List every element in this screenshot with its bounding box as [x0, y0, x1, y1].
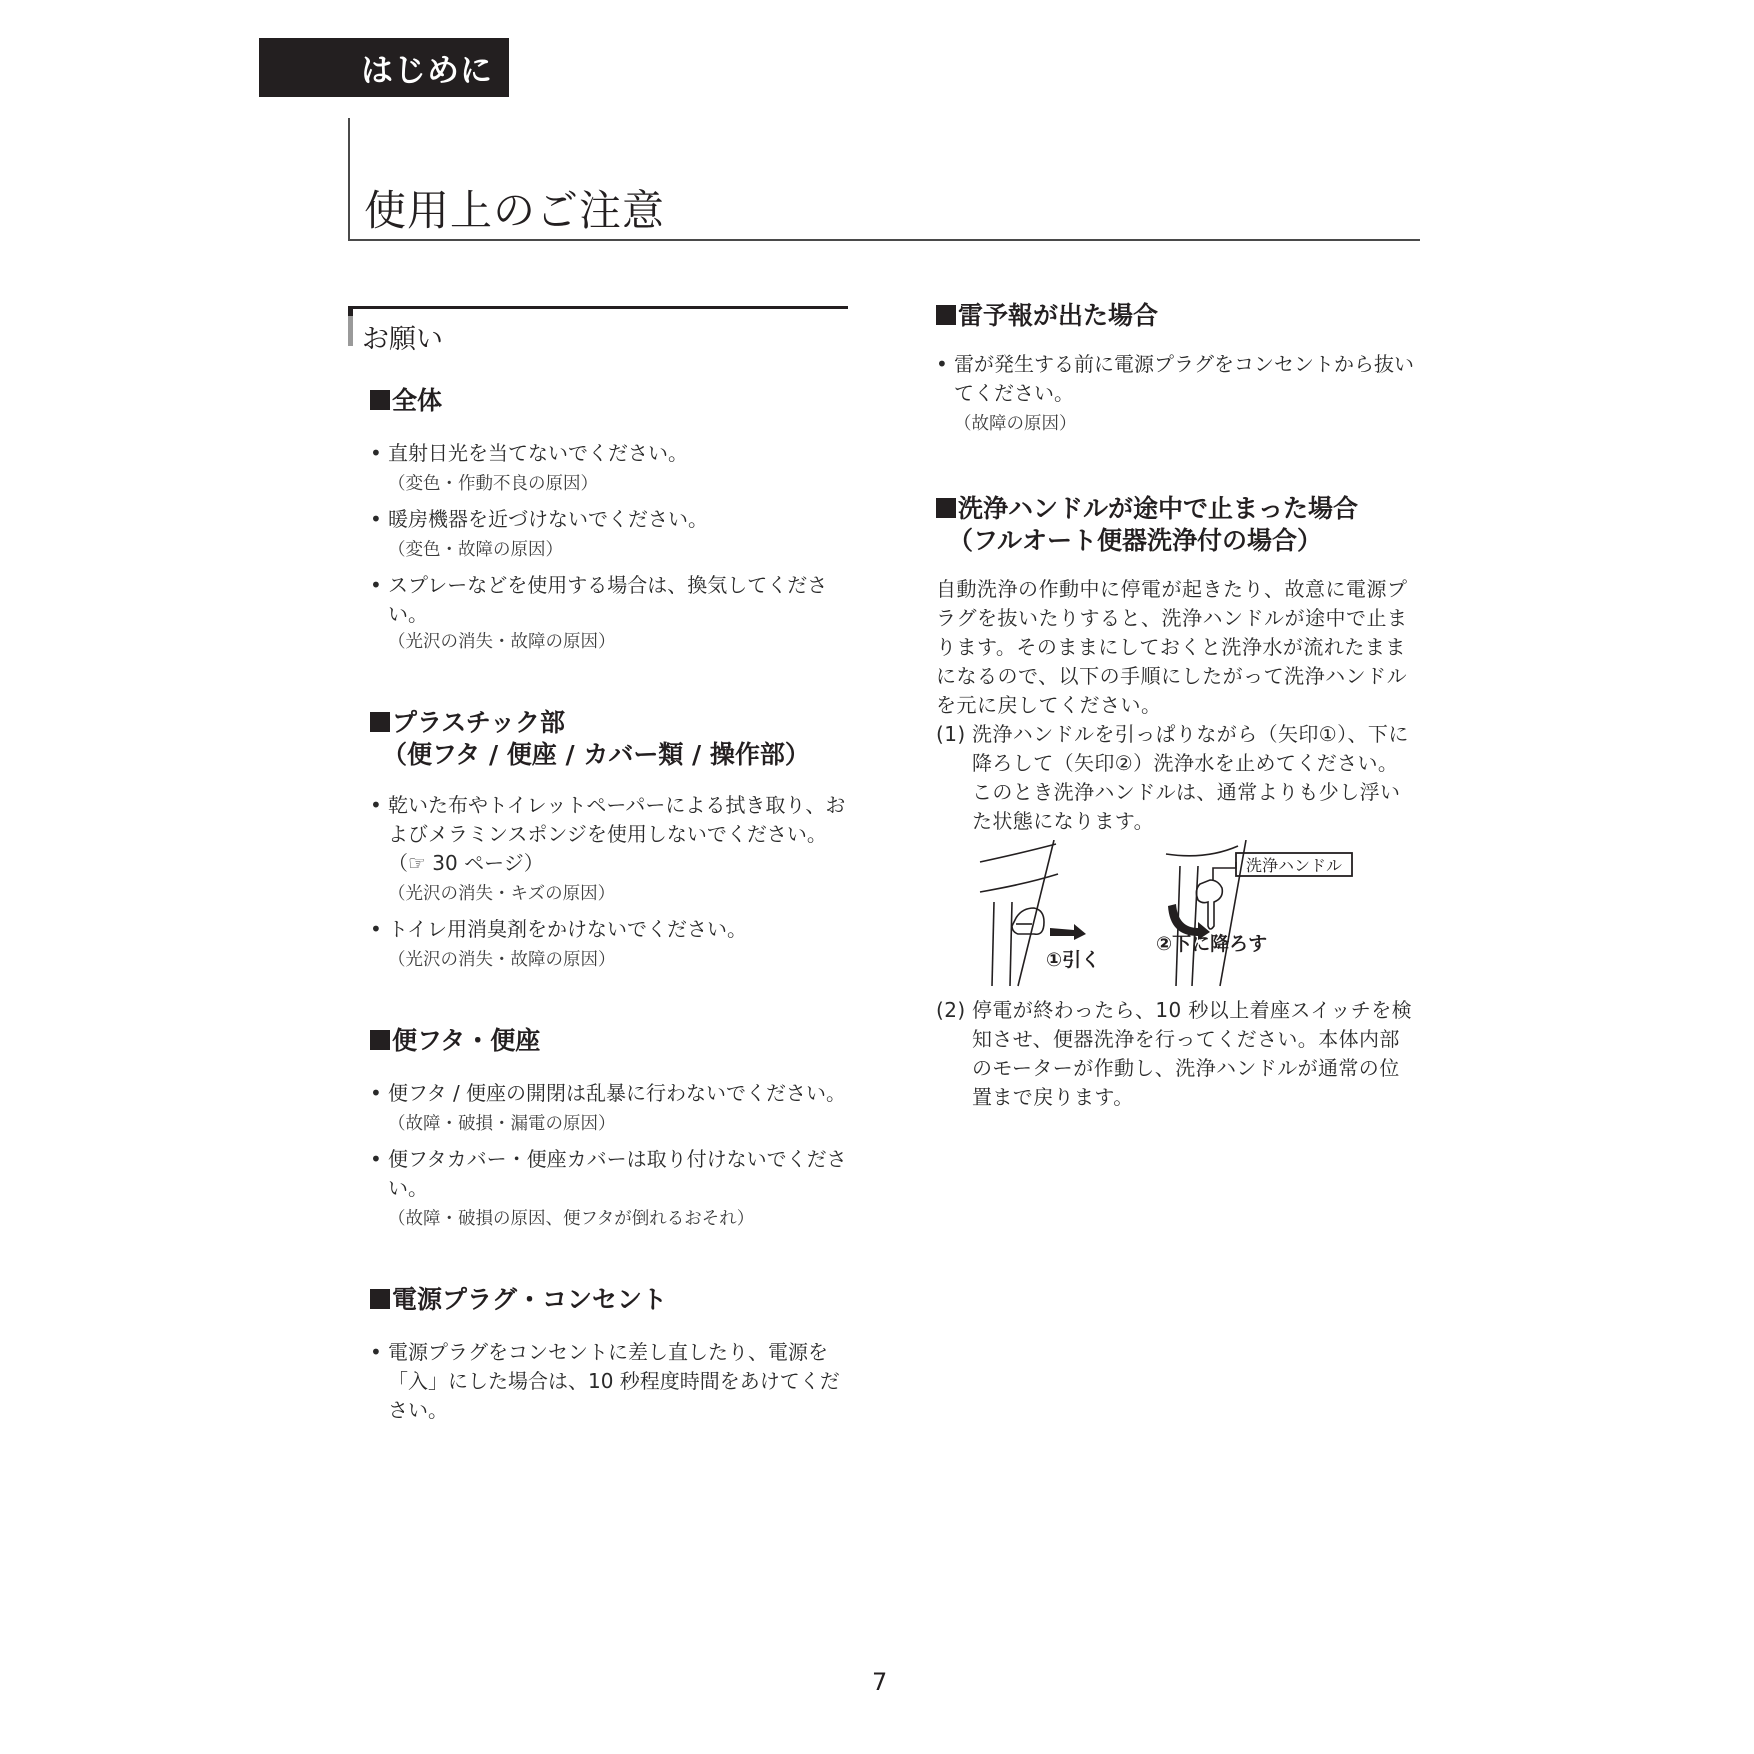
- section-general: 全体 直射日光を当てないでください。 （変色・作動不良の原因） 暖房機器を近づけ…: [370, 385, 848, 655]
- list-item: 電源プラグをコンセントに差し直したり、電源を「入」にした場合は、10 秒程度時間…: [370, 1338, 848, 1425]
- step-1: (1)洗浄ハンドルを引っぱりながら（矢印①）、下に降ろして（矢印②）洗浄水を止め…: [936, 720, 1418, 836]
- list-item: 暖房機器を近づけないでください。: [370, 505, 848, 534]
- pull-arrow-icon: [1050, 924, 1086, 940]
- left-column: お願い 全体 直射日光を当てないでください。 （変色・作動不良の原因） 暖房機器…: [348, 306, 848, 1425]
- list-item: 直射日光を当てないでください。: [370, 439, 848, 468]
- callout-label: 洗浄ハンドル: [1246, 856, 1342, 875]
- item-note: （光沢の消失・キズの原因）: [370, 881, 848, 907]
- intro-paragraph: 自動洗浄の作動中に停電が起きたり、故意に電源プラグを抜いたりすると、洗浄ハンドル…: [936, 575, 1418, 720]
- square-bullet-icon: [370, 712, 390, 732]
- item-note: （故障の原因）: [936, 411, 1418, 437]
- section-power-plug: 電源プラグ・コンセント 電源プラグをコンセントに差し直したり、電源を「入」にした…: [370, 1284, 848, 1425]
- section-title: 便フタ・便座: [370, 1025, 848, 1057]
- list-item: 便フタカバー・便座カバーは取り付けないでください。: [370, 1145, 848, 1203]
- toilet-tank-diagram: 洗浄ハンドル ①引く ②下に降ろす: [936, 840, 1418, 990]
- page-title: 使用上のご注意: [364, 178, 665, 238]
- square-bullet-icon: [936, 305, 956, 325]
- list-item: トイレ用消臭剤をかけないでください。: [370, 915, 848, 944]
- chapter-tab: はじめに: [259, 38, 509, 97]
- square-bullet-icon: [370, 390, 390, 410]
- item-note: （変色・作動不良の原因）: [370, 471, 848, 497]
- section-subtitle: （便フタ / 便座 / カバー類 / 操作部）: [370, 739, 848, 771]
- list-item: スプレーなどを使用する場合は、換気してください。: [370, 571, 848, 629]
- item-note: （故障・破損・漏電の原因）: [370, 1111, 848, 1137]
- section-title: プラスチック部 （便フタ / 便座 / カバー類 / 操作部）: [370, 707, 848, 771]
- list-item: 乾いた布やトイレットペーパーによる拭き取り、およびメラミンスポンジを使用しないで…: [370, 791, 848, 878]
- step-text: 停電が終わったら、10 秒以上着座スイッチを検知させ、便器洗浄を行ってください。…: [972, 998, 1412, 1109]
- square-bullet-icon: [370, 1289, 390, 1309]
- list-item: 雷が発生する前に電源プラグをコンセントから抜いてください。: [936, 350, 1418, 408]
- heading-label: お願い: [362, 324, 443, 355]
- step-text: 洗浄ハンドルを引っぱりながら（矢印①）、下に降ろして（矢印②）洗浄水を止めてくだ…: [972, 722, 1409, 833]
- item-note: （光沢の消失・故障の原因）: [370, 947, 848, 973]
- section-subtitle: （フルオート便器洗浄付の場合）: [936, 525, 1418, 557]
- section-title: 洗浄ハンドルが途中で止まった場合 （フルオート便器洗浄付の場合）: [936, 493, 1418, 557]
- square-bullet-icon: [936, 498, 956, 518]
- section-lid-seat: 便フタ・便座 便フタ / 便座の開閉は乱暴に行わないでください。 （故障・破損・…: [370, 1025, 848, 1232]
- page-number: 7: [872, 1668, 887, 1696]
- section-plastic: プラスチック部 （便フタ / 便座 / カバー類 / 操作部） 乾いた布やトイレ…: [370, 707, 848, 973]
- section-heading-onegai: お願い: [348, 306, 848, 357]
- step-number: (2): [936, 996, 972, 1025]
- list-item: 便フタ / 便座の開閉は乱暴に行わないでください。: [370, 1079, 848, 1108]
- pull-label: ①引く: [1046, 948, 1100, 971]
- item-note: （光沢の消失・故障の原因）: [370, 629, 848, 655]
- section-lightning: 雷予報が出た場合 雷が発生する前に電源プラグをコンセントから抜いてください。 （…: [936, 300, 1418, 437]
- section-title: 全体: [370, 385, 848, 417]
- step-2: (2)停電が終わったら、10 秒以上着座スイッチを検知させ、便器洗浄を行ってくだ…: [936, 996, 1418, 1112]
- flush-handle-illustration: 洗浄ハンドル ①引く ②下に降ろす: [936, 840, 1418, 990]
- right-column: 雷予報が出た場合 雷が発生する前に電源プラグをコンセントから抜いてください。 （…: [936, 300, 1418, 1112]
- chapter-tab-label: はじめに: [361, 45, 493, 91]
- step-number: (1): [936, 720, 972, 749]
- square-bullet-icon: [370, 1030, 390, 1050]
- lower-label: ②下に降ろす: [1156, 932, 1267, 955]
- section-title: 雷予報が出た場合: [936, 300, 1418, 332]
- item-note: （変色・故障の原因）: [370, 537, 848, 563]
- section-title: 電源プラグ・コンセント: [370, 1284, 848, 1316]
- section-flush-handle: 洗浄ハンドルが途中で止まった場合 （フルオート便器洗浄付の場合） 自動洗浄の作動…: [936, 493, 1418, 1112]
- item-note: （故障・破損の原因、便フタが倒れるおそれ）: [370, 1206, 848, 1232]
